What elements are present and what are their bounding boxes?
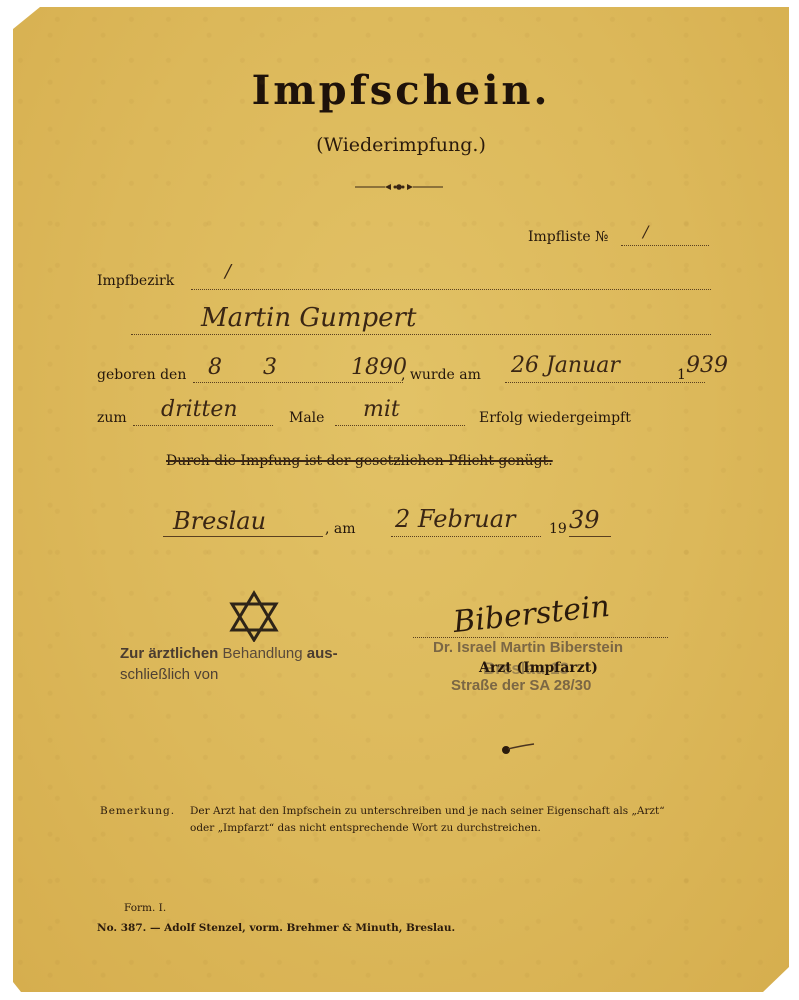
restriction-stamp-part-c: aus- bbox=[307, 645, 338, 662]
document-title: Impfschein. bbox=[13, 67, 789, 114]
birth-date-line bbox=[193, 382, 403, 383]
result-line bbox=[335, 425, 465, 426]
impfbezirk-label: Impfbezirk bbox=[97, 273, 174, 289]
doctor-name-stamp: Dr. Israel Martin Biberstein bbox=[433, 639, 623, 656]
ornament-divider-icon bbox=[355, 183, 443, 191]
am-label: , am bbox=[325, 521, 356, 537]
zum-label: zum bbox=[97, 410, 127, 426]
remark-line2: oder „Impfarzt“ das nicht entsprechende … bbox=[190, 822, 541, 834]
male-label: Male bbox=[289, 410, 324, 426]
impfliste-line bbox=[621, 245, 709, 246]
impfbezirk-value: / bbox=[225, 261, 231, 282]
place-value: Breslau bbox=[173, 507, 266, 535]
vacc-date-line bbox=[505, 382, 705, 383]
restriction-stamp-line2: schließlich von bbox=[120, 666, 218, 683]
restriction-stamp-part-b: Behandlung bbox=[223, 645, 303, 662]
remark-label: Bemerkung. bbox=[100, 805, 175, 817]
issue-date-value: 2 Februar bbox=[395, 505, 516, 533]
issue-year-value: 39 bbox=[569, 506, 600, 534]
restriction-stamp-part-a: Zur ärztlichen bbox=[120, 645, 218, 662]
erfolg-label: Erfolg wiedergeimpft bbox=[479, 410, 631, 426]
wurde-am-label: , wurde am bbox=[401, 367, 481, 383]
remark-line1: Der Arzt hat den Impfschein zu unterschr… bbox=[190, 805, 665, 817]
signature-line bbox=[413, 637, 668, 638]
impfbezirk-line bbox=[191, 289, 711, 290]
document-subtitle: (Wiederimpfung.) bbox=[13, 134, 789, 156]
vacc-year-prefix: 1 bbox=[677, 367, 686, 383]
issue-year-line bbox=[569, 536, 611, 537]
form-label: Form. I. bbox=[124, 902, 166, 914]
doctor-signature: Biberstein bbox=[452, 589, 612, 640]
issue-year-prefix: 19 bbox=[549, 521, 567, 537]
issue-date-line bbox=[391, 536, 541, 537]
impfliste-value: / bbox=[643, 222, 648, 241]
impfliste-label: Impfliste № bbox=[528, 229, 608, 245]
result-value: mit bbox=[363, 397, 400, 422]
vacc-date-value: 26 Januar bbox=[511, 353, 620, 378]
vacc-year-value: 939 bbox=[686, 353, 728, 378]
count-line bbox=[133, 425, 273, 426]
vaccination-certificate: Impfschein. (Wiederimpfung.) Impfliste №… bbox=[13, 7, 789, 992]
birth-day-value: 8 bbox=[208, 355, 222, 380]
place-line bbox=[163, 536, 323, 537]
printer-line: No. 387. — Adolf Stenzel, vorm. Brehmer … bbox=[97, 922, 455, 934]
count-value: dritten bbox=[161, 397, 238, 422]
name-value: Martin Gumpert bbox=[201, 303, 416, 333]
doctor-role-label: Arzt (Impfarzt) bbox=[479, 660, 598, 676]
struck-legal-sentence: Durch die Impfung ist der gesetzlichen P… bbox=[166, 453, 553, 469]
restriction-stamp-line1: Zur ärztlichen Behandlung aus- bbox=[120, 645, 338, 662]
birth-month-value: 3 bbox=[263, 355, 277, 380]
birth-year-value: 1890 bbox=[351, 355, 407, 380]
ink-mark bbox=[500, 742, 536, 756]
geboren-label: geboren den bbox=[97, 367, 186, 383]
name-line bbox=[131, 334, 711, 335]
doctor-street-stamp: Straße der SA 28/30 bbox=[451, 677, 591, 694]
star-of-david-icon bbox=[228, 590, 280, 642]
